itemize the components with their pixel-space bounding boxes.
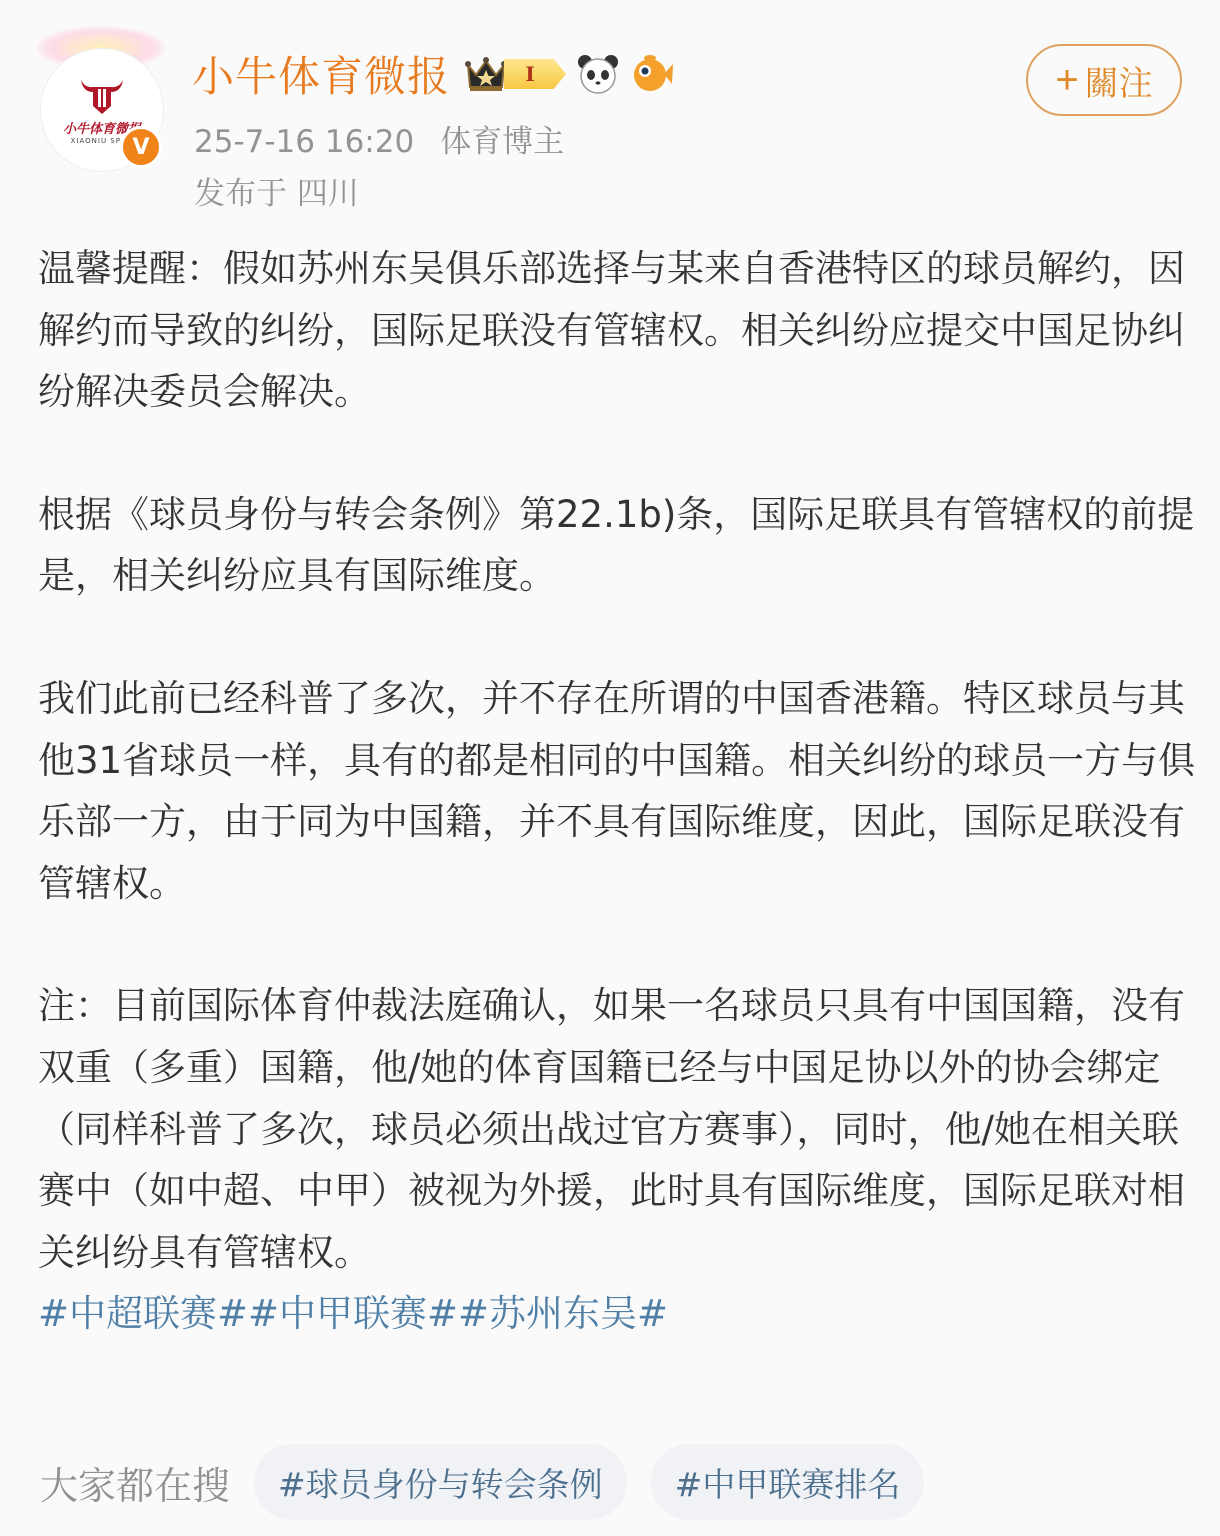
post-paragraph: 根据《球员身份与转会条例》第22.1b)条，国际足联具有管辖权的前提是，相关纠纷… (38, 484, 1198, 607)
hashtag-list: #中超联赛##中甲联赛##苏州东吴# (38, 1283, 1198, 1345)
avatar[interactable]: 小牛体育微报 XIAONIU SPOR V (36, 18, 166, 168)
follow-label: 關注 (1085, 56, 1153, 105)
trending-chip[interactable]: #球员身份与转会条例 (254, 1444, 627, 1520)
post-header: 小牛体育微报 XIAONIU SPOR V 小牛体育微报 I (0, 0, 1220, 220)
goldfish-icon (630, 52, 674, 96)
username[interactable]: 小牛体育微报 (192, 44, 450, 104)
level-tag: I (504, 59, 566, 89)
follow-button[interactable]: + 關注 (1026, 44, 1182, 116)
plus-icon: + (1055, 58, 1078, 103)
post-location: 发布于 四川 (194, 168, 359, 213)
bull-logo-icon (77, 76, 127, 116)
trending-searches: 大家都在搜 #球员身份与转会条例 #中甲联赛排名 (40, 1444, 948, 1520)
post-paragraph: 我们此前已经科普了多次，并不存在所谓的中国香港籍。特区球员与其他31省球员一样，… (38, 668, 1198, 914)
name-row: 小牛体育微报 I (192, 44, 674, 104)
hashtag-link[interactable]: #中甲联赛# (248, 1292, 458, 1335)
trending-label: 大家都在搜 (40, 1455, 230, 1510)
post-paragraph: 注：目前国际体育仲裁法庭确认，如果一名球员只具有中国国籍，没有双重（多重）国籍，… (38, 975, 1198, 1283)
hashtag-link[interactable]: #中超联赛# (38, 1292, 248, 1335)
verified-v-icon: V (120, 126, 162, 168)
member-level-badge[interactable]: I (464, 55, 566, 93)
post-timestamp: 25-7-16 16:20 (194, 124, 414, 160)
post-paragraph: 温馨提醒：假如苏州东吴俱乐部选择与某来自香港特区的球员解约，因解约而导致的纠纷，… (38, 238, 1198, 423)
crown-icon (464, 55, 508, 93)
author-category: 体育博主 (440, 124, 564, 160)
hashtag-link[interactable]: #苏州东吴# (458, 1292, 668, 1335)
panda-icon (576, 52, 620, 96)
trending-chip[interactable]: #中甲联赛排名 (651, 1444, 925, 1520)
post-body: 温馨提醒：假如苏州东吴俱乐部选择与某来自香港特区的球员解约，因解约而导致的纠纷，… (38, 238, 1198, 1345)
post-meta: 25-7-16 16:20体育博主 (194, 116, 564, 161)
